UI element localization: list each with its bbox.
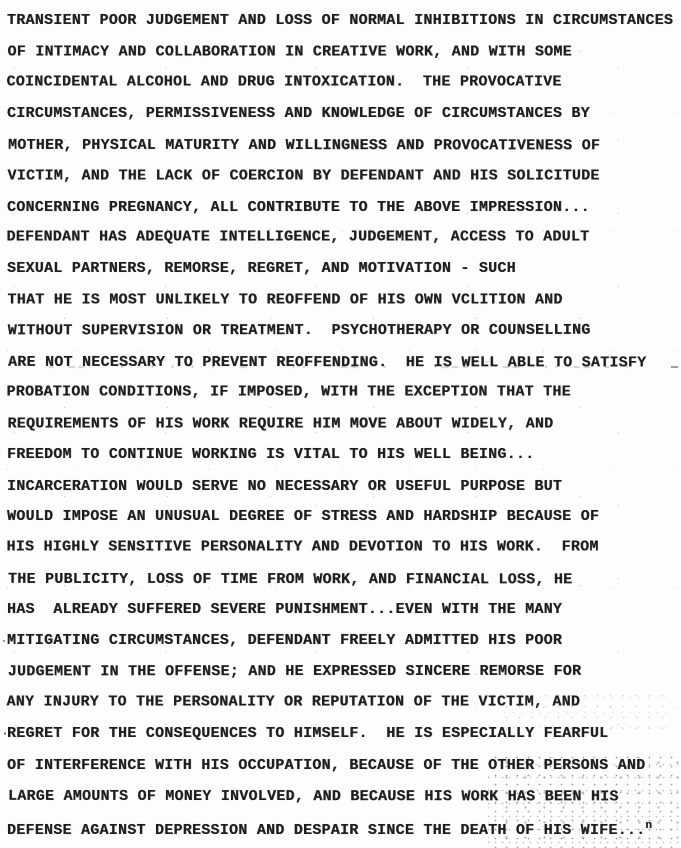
document-line: ANY INJURY TO THE PERSONALITY OR REPUTAT…	[7, 687, 677, 718]
document-line: CIRCUMSTANCES, PERMISSIVENESS AND KNOWLE…	[7, 98, 677, 129]
document-text-block: TRANSIENT POOR JUDGEMENT AND LOSS OF NOR…	[7, 5, 677, 842]
document-line: COINCIDENTAL ALCOHOL AND DRUG INTOXICATI…	[7, 67, 677, 98]
document-line: DEFENSE AGAINST DEPRESSION AND DESPAIR S…	[7, 811, 677, 842]
document-line: OF INTERFERENCE WITH HIS OCCUPATION, BEC…	[7, 750, 677, 781]
document-line: INCARCERATION WOULD SERVE NO NECESSARY O…	[7, 471, 677, 502]
document-line: PROBATION CONDITIONS, IF IMPOSED, WITH T…	[7, 377, 677, 408]
document-line: THAT HE IS MOST UNLIKELY TO REOFFEND OF …	[8, 285, 678, 316]
document-line: HIS HIGHLY SENSITIVE PERSONALITY AND DEV…	[7, 532, 677, 563]
scanned-document-page: TRANSIENT POOR JUDGEMENT AND LOSS OF NOR…	[0, 0, 681, 848]
document-line: MOTHER, PHYSICAL MATURITY AND WILLINGNES…	[8, 130, 678, 162]
superscript-mark: n	[645, 820, 652, 832]
document-line: HAS ALREADY SUFFERED SEVERE PUNISHMENT..…	[7, 594, 677, 625]
document-line: JUDGEMENT IN THE OFFENSE; AND HE EXPRESS…	[8, 656, 678, 688]
document-line: VICTIM, AND THE LACK OF COERCION BY DEFE…	[8, 161, 678, 192]
document-line: LARGE AMOUNTS OF MONEY INVOLVED, AND BEC…	[8, 781, 678, 813]
scan-smudge-artifact: – —— · · · · · — ·· —— · ·——– ‾ —— ·· ——…	[48, 362, 676, 374]
document-line: FREEDOM TO CONTINUE WORKING IS VITAL TO …	[7, 439, 677, 470]
scan-speck	[3, 640, 5, 642]
document-line: MITIGATING CIRCUMSTANCES, DEFENDANT FREE…	[7, 625, 677, 656]
document-line: TRANSIENT POOR JUDGEMENT AND LOSS OF NOR…	[7, 5, 677, 36]
document-line: WITHOUT SUPERVISION OR TREATMENT. PSYCHO…	[8, 315, 678, 347]
document-line: THE PUBLICITY, LOSS OF TIME FROM WORK, A…	[8, 564, 678, 596]
document-line: WOULD IMPOSE AN UNUSUAL DEGREE OF STRESS…	[7, 501, 677, 532]
document-line: OF INTIMACY AND COLLABORATION IN CREATIV…	[8, 37, 678, 68]
scan-speck	[4, 732, 6, 735]
document-line: DEFENDANT HAS ADEQUATE INTELLIGENCE, JUD…	[7, 222, 677, 253]
document-line: CONCERNING PREGNANCY, ALL CONTRIBUTE TO …	[7, 192, 677, 223]
document-line: REQUIREMENTS OF HIS WORK REQUIRE HIM MOV…	[8, 409, 678, 440]
document-line: REGRET FOR THE CONSEQUENCES TO HIMSELF. …	[7, 718, 677, 749]
document-line: SEXUAL PARTNERS, REMORSE, REGRET, AND MO…	[7, 253, 677, 284]
